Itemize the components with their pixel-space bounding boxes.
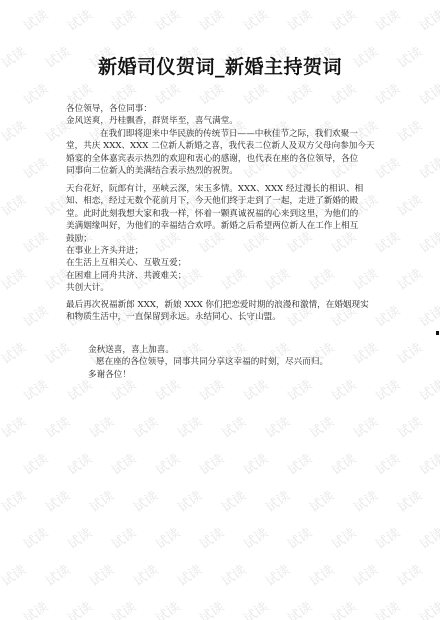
watermark-text: 试读 [107, 4, 139, 34]
watermark-text: 试读 [19, 596, 51, 620]
watermark-text: 试读 [371, 522, 403, 552]
text-line: 在事业上齐头并进； [66, 245, 378, 257]
text-line: 各位领导，各位同事： [66, 103, 378, 115]
watermark-text: 试读 [63, 4, 95, 34]
watermark-text: 试读 [239, 522, 271, 552]
paragraph-closing: 金秋送喜，喜上加喜。 愿在座的各位领导，同事共同分享这幸福的时刻，尽兴而归。 多… [88, 344, 400, 381]
watermark-text: 试读 [349, 559, 381, 589]
watermark-text: 试读 [0, 263, 29, 293]
paragraph-final-wishes: 最后再次祝福新郎 XXX，新娘 XXX 你们把恋爱时期的浪漫和激情，在婚姻现实 … [66, 299, 378, 324]
text-line: 同事向二位新人的美满结合表示热烈的祝贺。 [66, 165, 378, 177]
text-line: 和物质生活中，一直保留到永远。永结同心、长守山盟。 [66, 311, 378, 323]
watermark-text: 试读 [0, 559, 29, 589]
watermark-text: 试读 [19, 300, 51, 330]
watermark-text: 试读 [305, 485, 337, 515]
watermark-text: 试读 [107, 448, 139, 478]
document-title: 新婚司仪贺词_新婚主持贺词 [0, 52, 440, 79]
watermark-text: 试读 [371, 448, 403, 478]
watermark-text: 试读 [393, 559, 425, 589]
watermark-text: 试读 [0, 337, 29, 367]
watermark-text: 试读 [371, 4, 403, 34]
watermark-text: 试读 [415, 596, 440, 620]
watermark-text: 试读 [63, 596, 95, 620]
watermark-text: 试读 [239, 4, 271, 34]
watermark-text: 试读 [415, 78, 440, 108]
page-marker [436, 331, 439, 335]
watermark-text: 试读 [0, 189, 29, 219]
watermark-text: 试读 [283, 448, 315, 478]
watermark-text: 试读 [415, 300, 440, 330]
watermark-text: 试读 [0, 411, 29, 441]
watermark-text: 试读 [371, 596, 403, 620]
watermark-text: 试读 [415, 4, 440, 34]
text-line: 在生活上互相关心、互敬互爱； [66, 257, 378, 269]
watermark-text: 试读 [283, 522, 315, 552]
watermark-text: 试读 [19, 522, 51, 552]
watermark-text: 试读 [0, 485, 29, 515]
watermark-text: 试读 [195, 448, 227, 478]
watermark-text: 试读 [217, 411, 249, 441]
watermark-text: 试读 [19, 78, 51, 108]
text-line: 知、相恋，经过无数个花前月下，今天他们终于走到了一起，走进了新婚的殿 [66, 195, 378, 207]
watermark-text: 试读 [129, 485, 161, 515]
watermark-text: 试读 [327, 4, 359, 34]
watermark-text: 试读 [151, 448, 183, 478]
watermark-text: 试读 [151, 4, 183, 34]
watermark-text: 试读 [217, 559, 249, 589]
watermark-text: 试读 [261, 411, 293, 441]
watermark-text: 试读 [349, 485, 381, 515]
watermark-text: 试读 [63, 522, 95, 552]
watermark-text: 试读 [85, 485, 117, 515]
watermark-text: 试读 [41, 485, 73, 515]
watermark-text: 试读 [19, 374, 51, 404]
text-line: 共创大计。 [66, 282, 378, 294]
paragraph-blessing: 天台花好，阮郎有计，巫峡云深，宋玉多情。XXX、XXX 经过漫长的相识、相 知、… [66, 183, 378, 295]
watermark-text: 试读 [305, 559, 337, 589]
watermark-text: 试读 [327, 522, 359, 552]
watermark-text: 试读 [151, 596, 183, 620]
watermark-text: 试读 [239, 448, 271, 478]
watermark-text: 试读 [41, 559, 73, 589]
watermark-text: 试读 [63, 448, 95, 478]
watermark-text: 试读 [393, 115, 425, 145]
watermark-text: 试读 [393, 263, 425, 293]
watermark-text: 试读 [415, 522, 440, 552]
watermark-text: 试读 [19, 448, 51, 478]
watermark-text: 试读 [129, 559, 161, 589]
watermark-text: 试读 [349, 411, 381, 441]
watermark-text: 试读 [173, 411, 205, 441]
text-line: 金秋送喜，喜上加喜。 [88, 344, 400, 356]
text-line: 愿在座的各位领导，同事共同分享这幸福的时刻，尽兴而归。 [88, 356, 400, 368]
watermark-text: 试读 [85, 559, 117, 589]
text-line: 金风送爽，丹桂飘香，群贤毕至，喜气满堂。 [66, 115, 378, 127]
watermark-text: 试读 [393, 411, 425, 441]
watermark-text: 试读 [195, 522, 227, 552]
text-line: 堂，共庆 XXX、XXX 二位新人新婚之喜，我代表二位新人及双方父母向参加今天 [66, 140, 378, 152]
watermark-text: 试读 [173, 485, 205, 515]
watermark-text: 试读 [195, 596, 227, 620]
text-line: 婚宴的全体嘉宾表示热烈的欢迎和衷心的感谢，也代表在座的各位领导，各位 [66, 153, 378, 165]
watermark-text: 试读 [415, 152, 440, 182]
watermark-text: 试读 [107, 596, 139, 620]
paragraph-greeting: 各位领导，各位同事： 金风送爽，丹桂飘香，群贤毕至，喜气满堂。 在我们即将迎来中… [66, 103, 378, 177]
watermark-text: 试读 [305, 411, 337, 441]
watermark-text: 试读 [415, 226, 440, 256]
watermark-text: 试读 [393, 189, 425, 219]
watermark-text: 试读 [195, 4, 227, 34]
watermark-text: 试读 [327, 448, 359, 478]
watermark-text: 试读 [41, 411, 73, 441]
text-line: 多谢各位！ [88, 369, 400, 381]
watermark-text: 试读 [85, 411, 117, 441]
text-line: 最后再次祝福新郎 XXX，新娘 XXX 你们把恋爱时期的浪漫和激情，在婚姻现实 [66, 299, 378, 311]
watermark-text: 试读 [19, 226, 51, 256]
watermark-text: 试读 [283, 596, 315, 620]
text-line: 天台花好，阮郎有计，巫峡云深，宋玉多情。XXX、XXX 经过漫长的相识、相 [66, 183, 378, 195]
watermark-text: 试读 [415, 374, 440, 404]
text-line: 鼓励； [66, 233, 378, 245]
watermark-text: 试读 [393, 485, 425, 515]
watermark-text: 试读 [261, 485, 293, 515]
watermark-text: 试读 [151, 522, 183, 552]
watermark-text: 试读 [217, 485, 249, 515]
watermark-text: 试读 [415, 448, 440, 478]
text-line: 堂。此时此刻我想大家和我一样，怀着一颗真诚祝福的心来到这里，为他们的 [66, 208, 378, 220]
watermark-text: 试读 [0, 115, 29, 145]
watermark-text: 试读 [19, 4, 51, 34]
watermark-text: 试读 [19, 152, 51, 182]
watermark-text: 试读 [41, 337, 73, 367]
watermark-text: 试读 [129, 411, 161, 441]
text-line: 在困难上同舟共济、共渡难关； [66, 270, 378, 282]
watermark-text: 试读 [261, 559, 293, 589]
text-line: 美满姻缘叫好，为他们的幸福结合欢呼。新婚之后希望两位新人在工作上相互 [66, 220, 378, 232]
watermark-text: 试读 [173, 559, 205, 589]
watermark-text: 试读 [239, 596, 271, 620]
watermark-text: 试读 [327, 596, 359, 620]
watermark-text: 试读 [107, 522, 139, 552]
watermark-text: 试读 [283, 4, 315, 34]
text-line: 在我们即将迎来中华民族的传统节日——中秋佳节之际，我们欢聚一 [66, 128, 378, 140]
